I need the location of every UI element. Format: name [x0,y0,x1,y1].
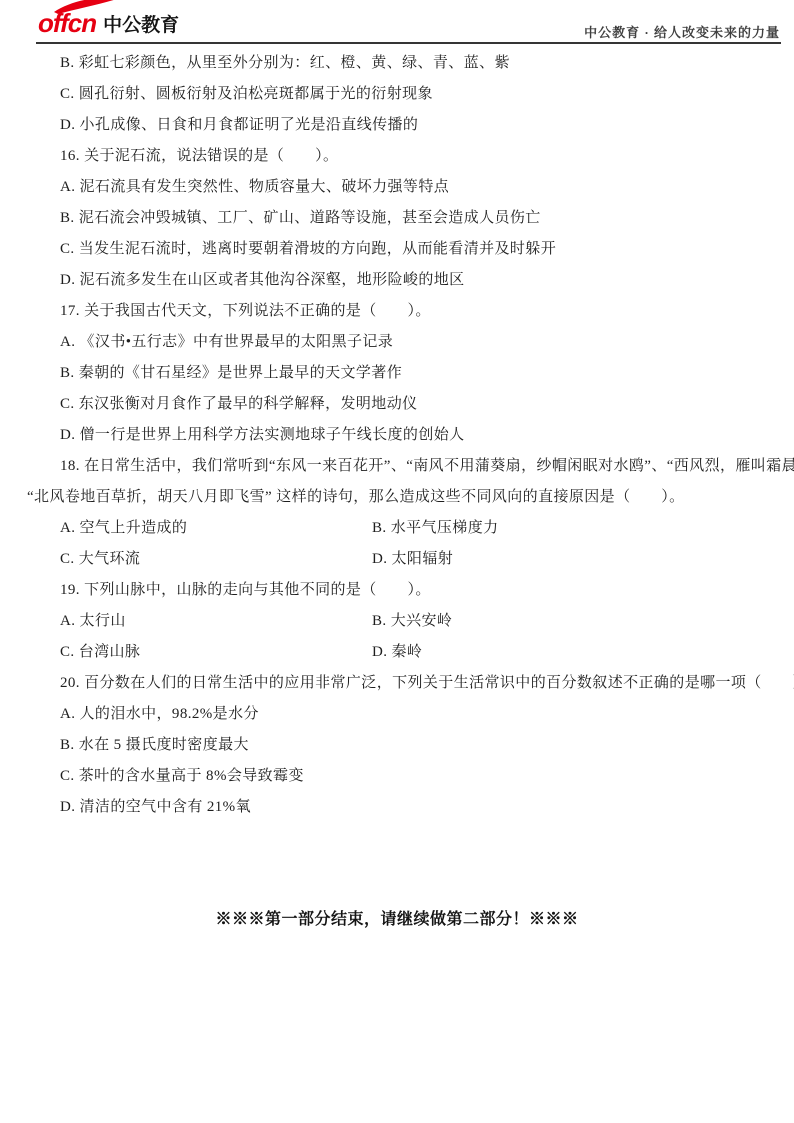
option-row: C. 大气环流 D. 太阳辐射 [0,542,794,573]
option-line: C. 圆孔衍射、圆板衍射及泊松亮斑都属于光的衍射现象 [0,77,794,108]
option-text: B. 大兴安岭 [372,609,452,630]
exam-document-body: B. 彩虹七彩颜色，从里至外分别为：红、橙、黄、绿、青、蓝、紫 C. 圆孔衍射、… [0,46,794,821]
option-row: C. 台湾山脉 D. 秦岭 [0,635,794,666]
question-line: 20. 百分数在人们的日常生活中的应用非常广泛，下列关于生活常识中的百分数叙述不… [0,666,794,697]
option-text: C. 大气环流 [60,547,140,568]
header-divider [36,42,781,44]
option-text: B. 彩虹七彩颜色，从里至外分别为：红、橙、黄、绿、青、蓝、紫 [60,51,510,72]
company-name: 中公教育 [103,16,179,37]
option-line: B. 泥石流会冲毁城镇、工厂、矿山、道路等设施，甚至会造成人员伤亡 [0,201,794,232]
option-text: A. 《汉书•五行志》中有世界最早的太阳黑子记录 [60,330,393,351]
option-line: C. 当发生泥石流时，逃离时要朝着滑坡的方向跑，从而能看清并及时躲开 [0,232,794,263]
option-line: B. 秦朝的《甘石星经》是世界上最早的天文学著作 [0,356,794,387]
option-text: B. 水在 5 摄氏度时密度最大 [60,733,249,754]
option-line: B. 彩虹七彩颜色，从里至外分别为：红、橙、黄、绿、青、蓝、紫 [0,46,794,77]
option-text: C. 圆孔衍射、圆板衍射及泊松亮斑都属于光的衍射现象 [60,82,433,103]
option-text: D. 小孔成像、日食和月食都证明了光是沿直线传播的 [60,113,418,134]
offcn-wordmark: offcn [38,10,96,37]
question-text: 16. 关于泥石流，说法错误的是（ ）。 [60,144,338,165]
question-text: 17. 关于我国古代天文，下列说法不正确的是（ ）。 [60,299,431,320]
option-text: A. 太行山 [60,609,126,630]
option-line: A. 人的泪水中，98.2%是水分 [0,697,794,728]
option-line: A. 泥石流具有发生突然性、物质容量大、破坏力强等特点 [0,170,794,201]
option-text: D. 泥石流多发生在山区或者其他沟谷深壑，地形险峻的地区 [60,268,465,289]
option-line: D. 僧一行是世界上用科学方法实测地球子午线长度的创始人 [0,418,794,449]
question-line: 18. 在日常生活中，我们常听到“东风一来百花开”、“南风不用蒲葵扇，纱帽闲眠对… [0,449,794,480]
question-line-continued: “北风卷地百草折，胡天八月即飞雪” 这样的诗句，那么造成这些不同风向的直接原因是… [0,480,794,511]
option-row: A. 太行山 B. 大兴安岭 [0,604,794,635]
option-line: D. 泥石流多发生在山区或者其他沟谷深壑，地形险峻的地区 [0,263,794,294]
question-text: 20. 百分数在人们的日常生活中的应用非常广泛，下列关于生活常识中的百分数叙述不… [60,671,794,692]
question-text: 18. 在日常生活中，我们常听到“东风一来百花开”、“南风不用蒲葵扇，纱帽闲眠对… [60,454,794,475]
option-line: A. 《汉书•五行志》中有世界最早的太阳黑子记录 [0,325,794,356]
option-text: B. 泥石流会冲毁城镇、工厂、矿山、道路等设施，甚至会造成人员伤亡 [60,206,541,227]
option-text: C. 东汉张衡对月食作了最早的科学解释，发明地动仪 [60,392,418,413]
option-text: D. 僧一行是世界上用科学方法实测地球子午线长度的创始人 [60,423,465,444]
option-text: D. 太阳辐射 [372,547,453,568]
question-line: 16. 关于泥石流，说法错误的是（ ）。 [0,139,794,170]
section-end-notice: ※※※第一部分结束，请继续做第二部分！※※※ [0,906,794,929]
option-text: C. 当发生泥石流时，逃离时要朝着滑坡的方向跑，从而能看清并及时躲开 [60,237,556,258]
question-text: “北风卷地百草折，胡天八月即飞雪” 这样的诗句，那么造成这些不同风向的直接原因是… [27,485,685,506]
option-line: C. 茶叶的含水量高于 8%会导致霉变 [0,759,794,790]
option-line: C. 东汉张衡对月食作了最早的科学解释，发明地动仪 [0,387,794,418]
option-text: A. 空气上升造成的 [60,516,187,537]
option-text: B. 秦朝的《甘石星经》是世界上最早的天文学著作 [60,361,402,382]
option-text: C. 台湾山脉 [60,640,140,661]
option-text: D. 清洁的空气中含有 21%氧 [60,795,251,816]
question-text: 19. 下列山脉中，山脉的走向与其他不同的是（ ）。 [60,578,431,599]
option-row: A. 空气上升造成的 B. 水平气压梯度力 [0,511,794,542]
option-text: D. 秦岭 [372,640,422,661]
option-line: B. 水在 5 摄氏度时密度最大 [0,728,794,759]
option-text: C. 茶叶的含水量高于 8%会导致霉变 [60,764,304,785]
header-slogan: 中公教育 · 给人改变未来的力量 [584,22,780,41]
offcn-logo: offcn 中公教育 [38,10,179,37]
page-header: offcn 中公教育 中公教育 · 给人改变未来的力量 [0,0,794,44]
logo-swoosh-icon [54,0,122,15]
option-text: A. 泥石流具有发生突然性、物质容量大、破坏力强等特点 [60,175,449,196]
option-text: B. 水平气压梯度力 [372,516,499,537]
question-line: 17. 关于我国古代天文，下列说法不正确的是（ ）。 [0,294,794,325]
option-text: A. 人的泪水中，98.2%是水分 [60,702,259,723]
option-line: D. 小孔成像、日食和月食都证明了光是沿直线传播的 [0,108,794,139]
question-line: 19. 下列山脉中，山脉的走向与其他不同的是（ ）。 [0,573,794,604]
option-line: D. 清洁的空气中含有 21%氧 [0,790,794,821]
